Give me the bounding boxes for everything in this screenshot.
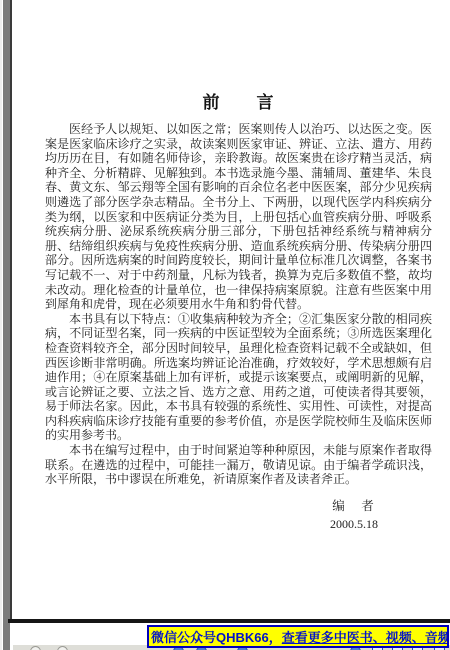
preface-body: 医经予人以规矩、以如医之常；医案则传人以治巧、以达医之变。医案是医家临床诊疗之实… (45, 122, 432, 487)
preface-paragraph-3: 本书在编写过程中，由于时间紧迫等种种原因，未能与原案作者取得联系。在遴选的过程中… (45, 443, 432, 487)
signature-inner: 编 者 2000.5.18 (330, 496, 378, 532)
preface-paragraph-1: 医经予人以规矩、以如医之常；医案则传人以治巧、以达医之变。医案是医家临床诊疗之实… (45, 122, 432, 312)
signature-author: 编 者 (330, 496, 378, 514)
preface-title: 前 言 (45, 88, 432, 113)
toolbar-partial-icon[interactable] (57, 646, 68, 650)
signature-date: 2000.5.18 (330, 517, 378, 532)
banner-text-link: 查看更多中医书、视频、音频 (282, 627, 449, 646)
scan-edge-bar (3, 0, 10, 650)
preface-paragraph-2: 本书具有以下特点：①收集病种较为齐全；②汇集医家分散的相同疾病，不同证型名案，同… (45, 312, 432, 443)
banner-text-prefix: 微信公众号QHBK66， (151, 627, 282, 646)
screenshot-root: 前 言 医经予人以规矩、以如医之常；医案则传人以治巧、以达医之变。医案是医家临床… (0, 0, 450, 650)
wechat-promo-banner: 微信公众号QHBK66，查看更多中医书、视频、音频 (147, 625, 449, 648)
scan-outer-margin (0, 0, 2, 650)
page-bottom-rule (8, 619, 450, 623)
toolbar-partial-icon[interactable] (30, 646, 41, 650)
signature-block: 编 者 2000.5.18 (45, 496, 378, 533)
scanned-page: 前 言 医经予人以规矩、以如医之常；医案则传人以治巧、以达医之变。医案是医家临床… (12, 0, 450, 620)
